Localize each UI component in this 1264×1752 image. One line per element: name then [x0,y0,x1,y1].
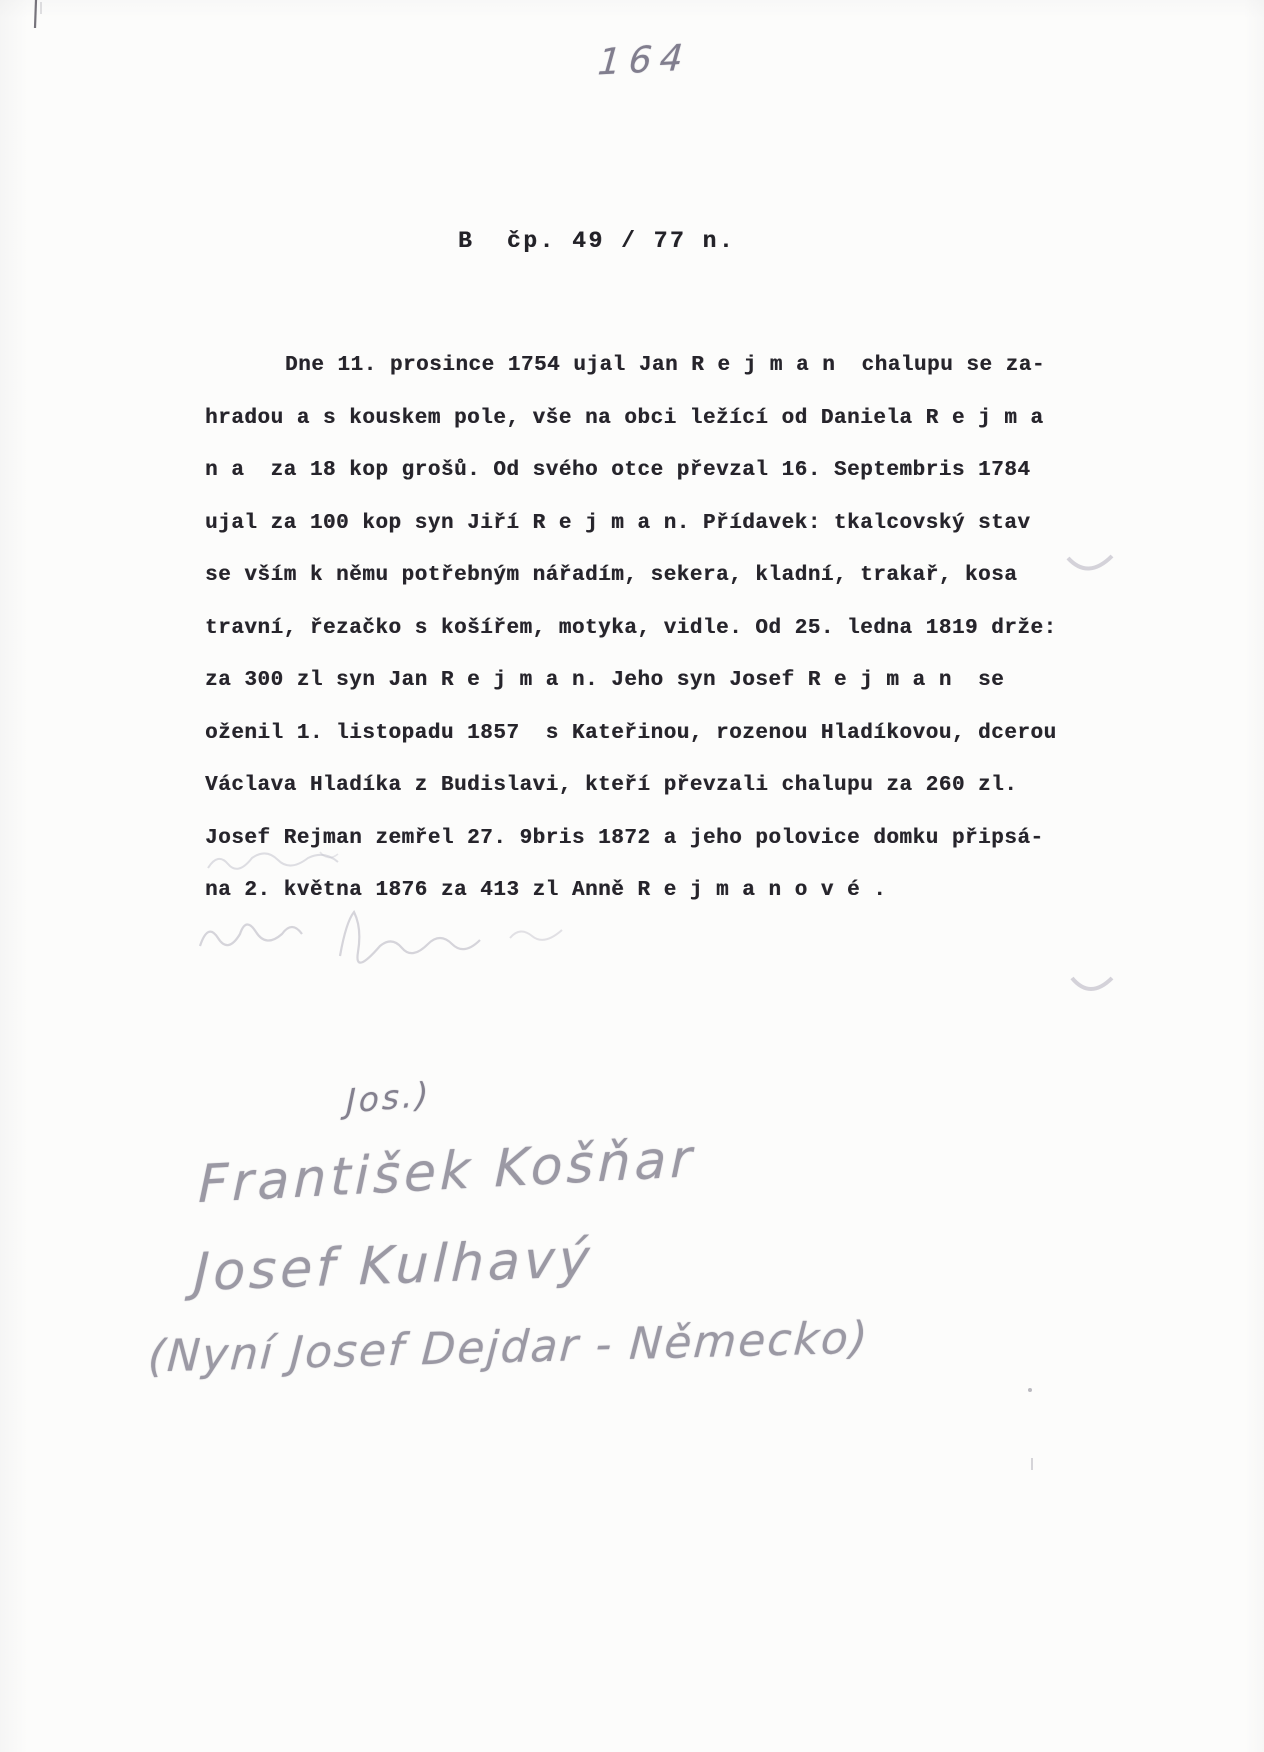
typed-line: Dne 11. prosince 1754 ujal Jan R e j m a… [205,340,1105,393]
scan-speck [1022,1384,1042,1474]
typed-paragraph: Dne 11. prosince 1754 ujal Jan R e j m a… [205,340,1105,918]
handwritten-name-josef-kulhavy: Josef Kulhavý [193,1229,594,1303]
handwritten-note-dejdar: (Nyní Josef Dejdar - Německo) [147,1313,871,1383]
document-heading: B čp. 49 / 77 n. [458,228,735,254]
typed-line: travní, řezačko s košířem, motyka, vidle… [205,603,1105,656]
typed-line: ujal za 100 kop syn Jiří R e j m a n. Př… [205,498,1105,551]
scanned-document-page: 164 B čp. 49 / 77 n. Dne 11. prosince 17… [0,0,1264,1752]
handwritten-name-frantisek-kosnar: František Košňar [198,1129,696,1215]
typed-line: na 2. května 1876 za 413 zl Anně R e j m… [205,865,1105,918]
typed-line: hradou a s kouskem pole, vše na obci lež… [205,393,1105,446]
typed-line: za 300 zl syn Jan R e j m a n. Jeho syn … [205,655,1105,708]
typed-line: se vším k němu potřebným nářadím, sekera… [205,550,1105,603]
typed-line: Václava Hladíka z Budislavi, kteří převz… [205,760,1105,813]
typed-line: n a za 18 kop grošů. Od svého otce převz… [205,445,1105,498]
typed-line: Josef Rejman zemřel 27. 9bris 1872 a jeh… [205,813,1105,866]
handwritten-note-jos: Jos.) [346,1074,432,1121]
typed-line: oženil 1. listopadu 1857 s Kateřinou, ro… [205,708,1105,761]
handwritten-page-number: 164 [596,37,692,83]
margin-curve-mark [1068,972,1116,1004]
scan-edge-mark [30,0,44,40]
